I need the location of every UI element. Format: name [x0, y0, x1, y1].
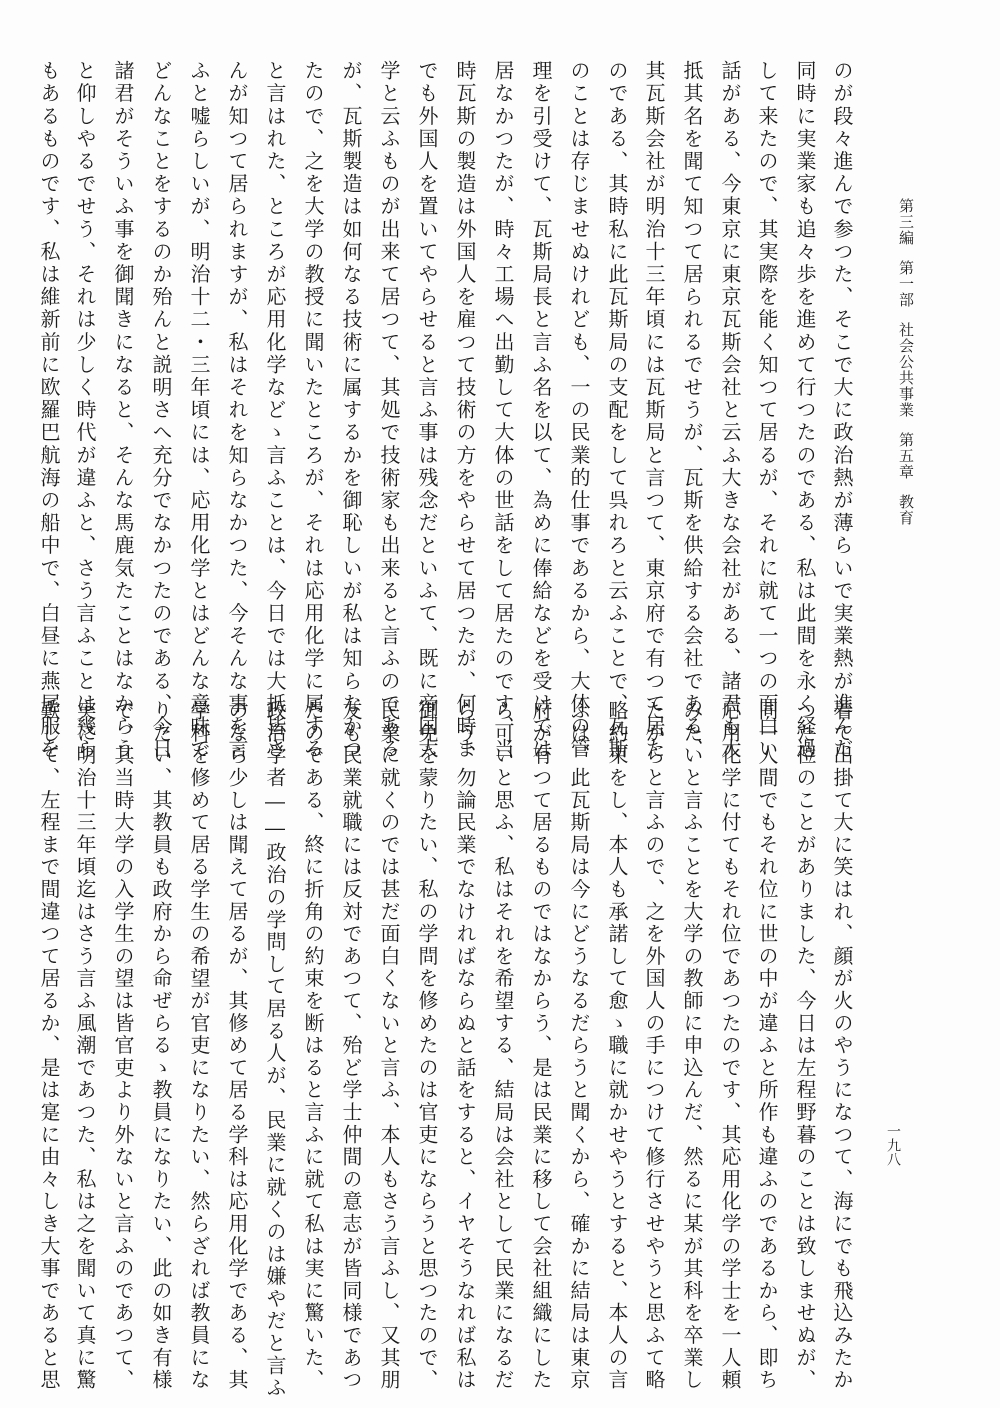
text-column: が、瓦斯製造は如何なる技術に属するかを御恥しいが私は知らなかつ	[339, 60, 363, 660]
text-column: 話がある、今東京に東京瓦斯会社と云ふ大きな会社がある、諸君も大	[718, 60, 742, 660]
header-chapter-title: 教育	[896, 494, 916, 526]
text-column: で、其当時大学の入学生の望は皆官吏より外ないと言ふのであつて、	[111, 700, 135, 1290]
header-topic: 社会公共事業	[896, 322, 916, 418]
text-column: 其瓦斯会社が明治十三年頃には瓦斯局と言つて、東京府で有つて居た	[642, 60, 666, 660]
text-column: と仰しやるでせう、それは少しく時代が違ふと、さう言ふことは幾ら	[73, 60, 97, 660]
text-column: のなら少しは聞えて居るが、其修めて居る学科は応用化学である、其	[225, 700, 249, 1290]
text-column: 御免を蒙りたい、私の学問を修めたのは官吏にならうと思つたので、	[415, 700, 439, 1290]
text-column: ふは、此瓦斯局は今にどうなるだらうと聞くから、確かに結局は東京	[567, 700, 591, 1290]
text-column: たので、之を大学の教授に聞いたところが、それは応用化学に属する	[301, 60, 325, 660]
text-column: 実に明治十三年頃迄はさう言ふ風潮であつた、私は之を聞いて真に驚	[73, 700, 97, 1290]
text-column: 略約束をし、本人も承諾して愈ゝ職に就かせやうとすると、本人の言	[605, 700, 629, 1290]
text-column: 同時に実業家も追々歩を進めて行つたのである、私は此間を永く経過	[793, 60, 817, 660]
text-column: 学科を修めて居る学生の希望が官吏になりたい、然らざれば教員にな	[187, 700, 211, 1290]
text-column: のことは存じませぬけれども、一の民業的仕事であるから、大体の管	[567, 60, 591, 660]
text-column: 政治学者――政治の学問して居る人が、民業に就くのは嫌やだと言ふ	[263, 700, 287, 1290]
header-section: 第一部	[896, 260, 916, 308]
text-column: 応用化学に付てもそれ位であつたのです、其応用化学の学士を一人頼	[718, 700, 742, 1290]
text-column: つた位のことがありました、今日は左程野暮のことは致しませぬが、	[793, 700, 817, 1290]
text-column: 民業に就くのでは甚だ面白くないと言ふ、本人もさう言ふし、又其朋	[377, 700, 401, 1290]
text-column: 理を引受けて、瓦斯局長と言ふ名を以て、為めに俸給などを受けては	[529, 60, 553, 660]
text-column: ら可いと思ふ、私はそれを希望する、結局は会社として民業になるだ	[491, 700, 515, 1290]
header-part: 第三編	[896, 198, 916, 246]
text-column: と言はれた、ところが応用化学などゝ言ふことは、今日では大抵皆さ	[263, 60, 287, 660]
document-page: 第三編第一部社会公共事業第五章教育 一九八 のが段々進んで参つた、そこで大に政治…	[0, 0, 1000, 1408]
text-column: して来たので、其実際を能く知つて居るが、それに就て一つの面白い	[755, 60, 779, 660]
text-column: みたいと言ふことを大学の教師に申込んだ、然るに某が其科を卒業し	[680, 700, 704, 1290]
text-column: のが段々進んで参つた、そこで大に政治熱が薄らいで実業熱が進んだ	[830, 60, 854, 660]
text-column: 同一人間でもそれ位に世の中が違ふと所作も違ふのであるから、即ち	[755, 700, 779, 1290]
text-column: どんなことをするのか殆んと説明さへ充分でなかつたのである、今日	[149, 60, 173, 660]
running-header: 第三編第一部社会公共事業第五章教育	[876, 122, 936, 526]
text-column: 諸君がそういふ事を御聞きになると、そんな馬鹿気たことはなからう	[111, 60, 135, 660]
text-column: らう、勿論民業でなければならぬと話をすると、イヤそうなれば私は	[453, 700, 477, 1290]
text-column: んが知つて居られますが、私はそれを知らなかつた、今そんな事を言	[225, 60, 249, 660]
text-column: ふと嘘らしいが、明治十二・三年頃には、応用化学とはどんな意味で	[187, 60, 211, 660]
text-column: もあるものです、私は維新前に欧羅巴航海の船中で、白昼に燕尾服を	[37, 60, 61, 660]
text-column: 時瓦斯の製造は外国人を雇つて技術の方をやらせて居つたが、何時ま	[453, 60, 477, 660]
text-column: 抵其名を聞て知つて居られるでせうが、瓦斯を供給する会社である、	[680, 60, 704, 660]
text-column: たのである、終に折角の約束を断はると言ふに就て私は実に驚いた、	[301, 700, 325, 1290]
text-column: 学と云ふものが出来て居つて、其処で技術家も出来ると言ふのである	[377, 60, 401, 660]
text-column: りたい、其教員も政府から命ぜらるゝ教員になりたい、此の如き有様	[149, 700, 173, 1290]
text-column: のである、其時私に此瓦斯局の支配をして呉れろと云ふことで、瓦斯	[605, 60, 629, 660]
text-column: でも外国人を置いてやらせると言ふ事は残念だといふて、既に帝国大	[415, 60, 439, 660]
text-column: 着て出掛て大に笑はれ、顔が火のやうになつて、海にでも飛込みたか	[830, 700, 854, 1290]
text-column: 府が有つて居るものではなからう、是は民業に移して会社組織にした	[529, 700, 553, 1290]
text-column: 居なかつたが、時々工場へ出勤して大体の世話をして居たのです、当	[491, 60, 515, 660]
text-column: 歎して、左程まで間違つて居るか、是は寔に由々しき大事であると思	[37, 700, 61, 1290]
header-chapter: 第五章	[896, 432, 916, 480]
text-column: 友も民業就職には反対であつて、殆ど学士仲間の意志が皆同様であつ	[339, 700, 363, 1290]
page-number: 一九八	[884, 1124, 902, 1166]
text-column: たからと言ふので、之を外国人の手につけて修行させやうと思ふて略	[642, 700, 666, 1290]
